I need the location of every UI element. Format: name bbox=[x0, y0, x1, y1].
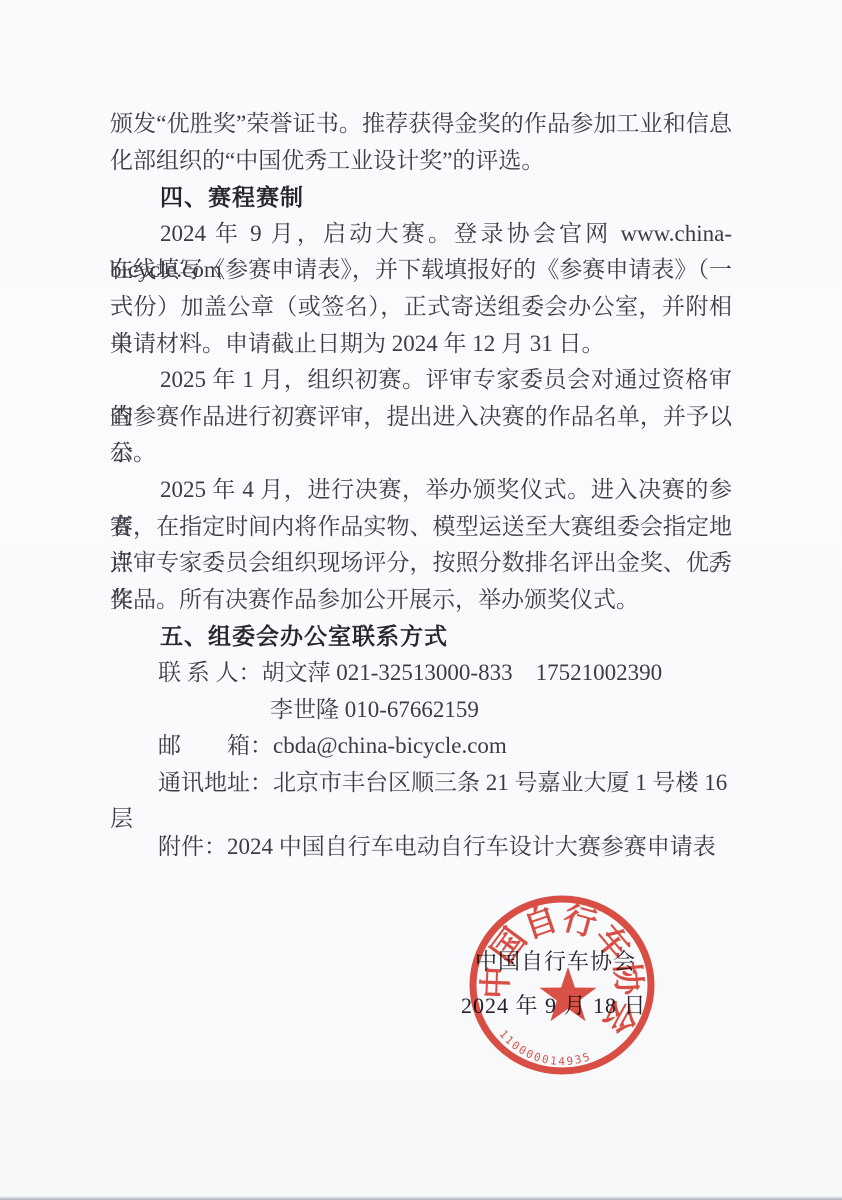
paragraph-line: 申请材料。申请截止日期为 2024 年 12 月 31 日。 bbox=[110, 326, 732, 363]
scan-bottom-edge bbox=[0, 1196, 842, 1200]
contact-line-person: 联 系 人：胡文萍 021-32513000-833 17521002390 bbox=[110, 655, 732, 692]
section-heading-contact: 五、组委会办公室联系方式 bbox=[110, 618, 732, 655]
blank-line bbox=[110, 801, 732, 829]
paragraph-line: 在线填写《参赛申请表》，并下载填报好的《参赛申请表》（一式 bbox=[110, 252, 732, 289]
paragraph-line: 一份）加盖公章（或签名），正式寄送组委会办公室，并附相关 bbox=[110, 289, 732, 326]
paragraph-line: 评审专家委员会组织现场评分，按照分数排名评出金奖、优秀奖 bbox=[110, 545, 732, 582]
contact-line-address: 通讯地址：北京市丰台区顺三条 21 号嘉业大厦 1 号楼 16 层 bbox=[110, 765, 732, 802]
paragraph-line: 示。 bbox=[110, 435, 732, 472]
scanned-document-page: 颁发“优胜奖”荣誉证书。推荐获得金奖的作品参加工业和信息 化部组织的“中国优秀工… bbox=[0, 0, 842, 1200]
paragraph-line: 2025 年 4 月，进行决赛，举办颁奖仪式。进入决赛的参赛 bbox=[110, 472, 732, 509]
contact-line-person-2: 李世隆 010-67662159 bbox=[110, 692, 732, 729]
paragraph-line: 者，在指定时间内将作品实物、模型运送至大赛组委会指定地点。 bbox=[110, 509, 732, 546]
paragraph-line: 的参赛作品进行初赛评审，提出进入决赛的作品名单，并予以公 bbox=[110, 399, 732, 436]
contact-line-email: 邮 箱：cbda@china-bicycle.com bbox=[110, 728, 732, 765]
official-seal: 中国自行车协会 1100000149350 bbox=[412, 835, 712, 1135]
section-heading-schedule: 四、赛程赛制 bbox=[110, 179, 732, 216]
document-body: 颁发“优胜奖”荣誉证书。推荐获得金奖的作品参加工业和信息 化部组织的“中国优秀工… bbox=[110, 106, 732, 866]
paragraph-line: 作品。所有决赛作品参加公开展示，举办颁奖仪式。 bbox=[110, 582, 732, 619]
paragraph-line: 2024 年 9 月，启动大赛。登录协会官网 www.china-bicycle… bbox=[110, 216, 732, 253]
paragraph-line: 2025 年 1 月，组织初赛。评审专家委员会对通过资格审查 bbox=[110, 362, 732, 399]
seal-star-icon bbox=[540, 967, 597, 1021]
paragraph-line: 颁发“优胜奖”荣誉证书。推荐获得金奖的作品参加工业和信息 bbox=[110, 106, 732, 143]
paragraph-line: 化部组织的“中国优秀工业设计奖”的评选。 bbox=[110, 143, 732, 180]
